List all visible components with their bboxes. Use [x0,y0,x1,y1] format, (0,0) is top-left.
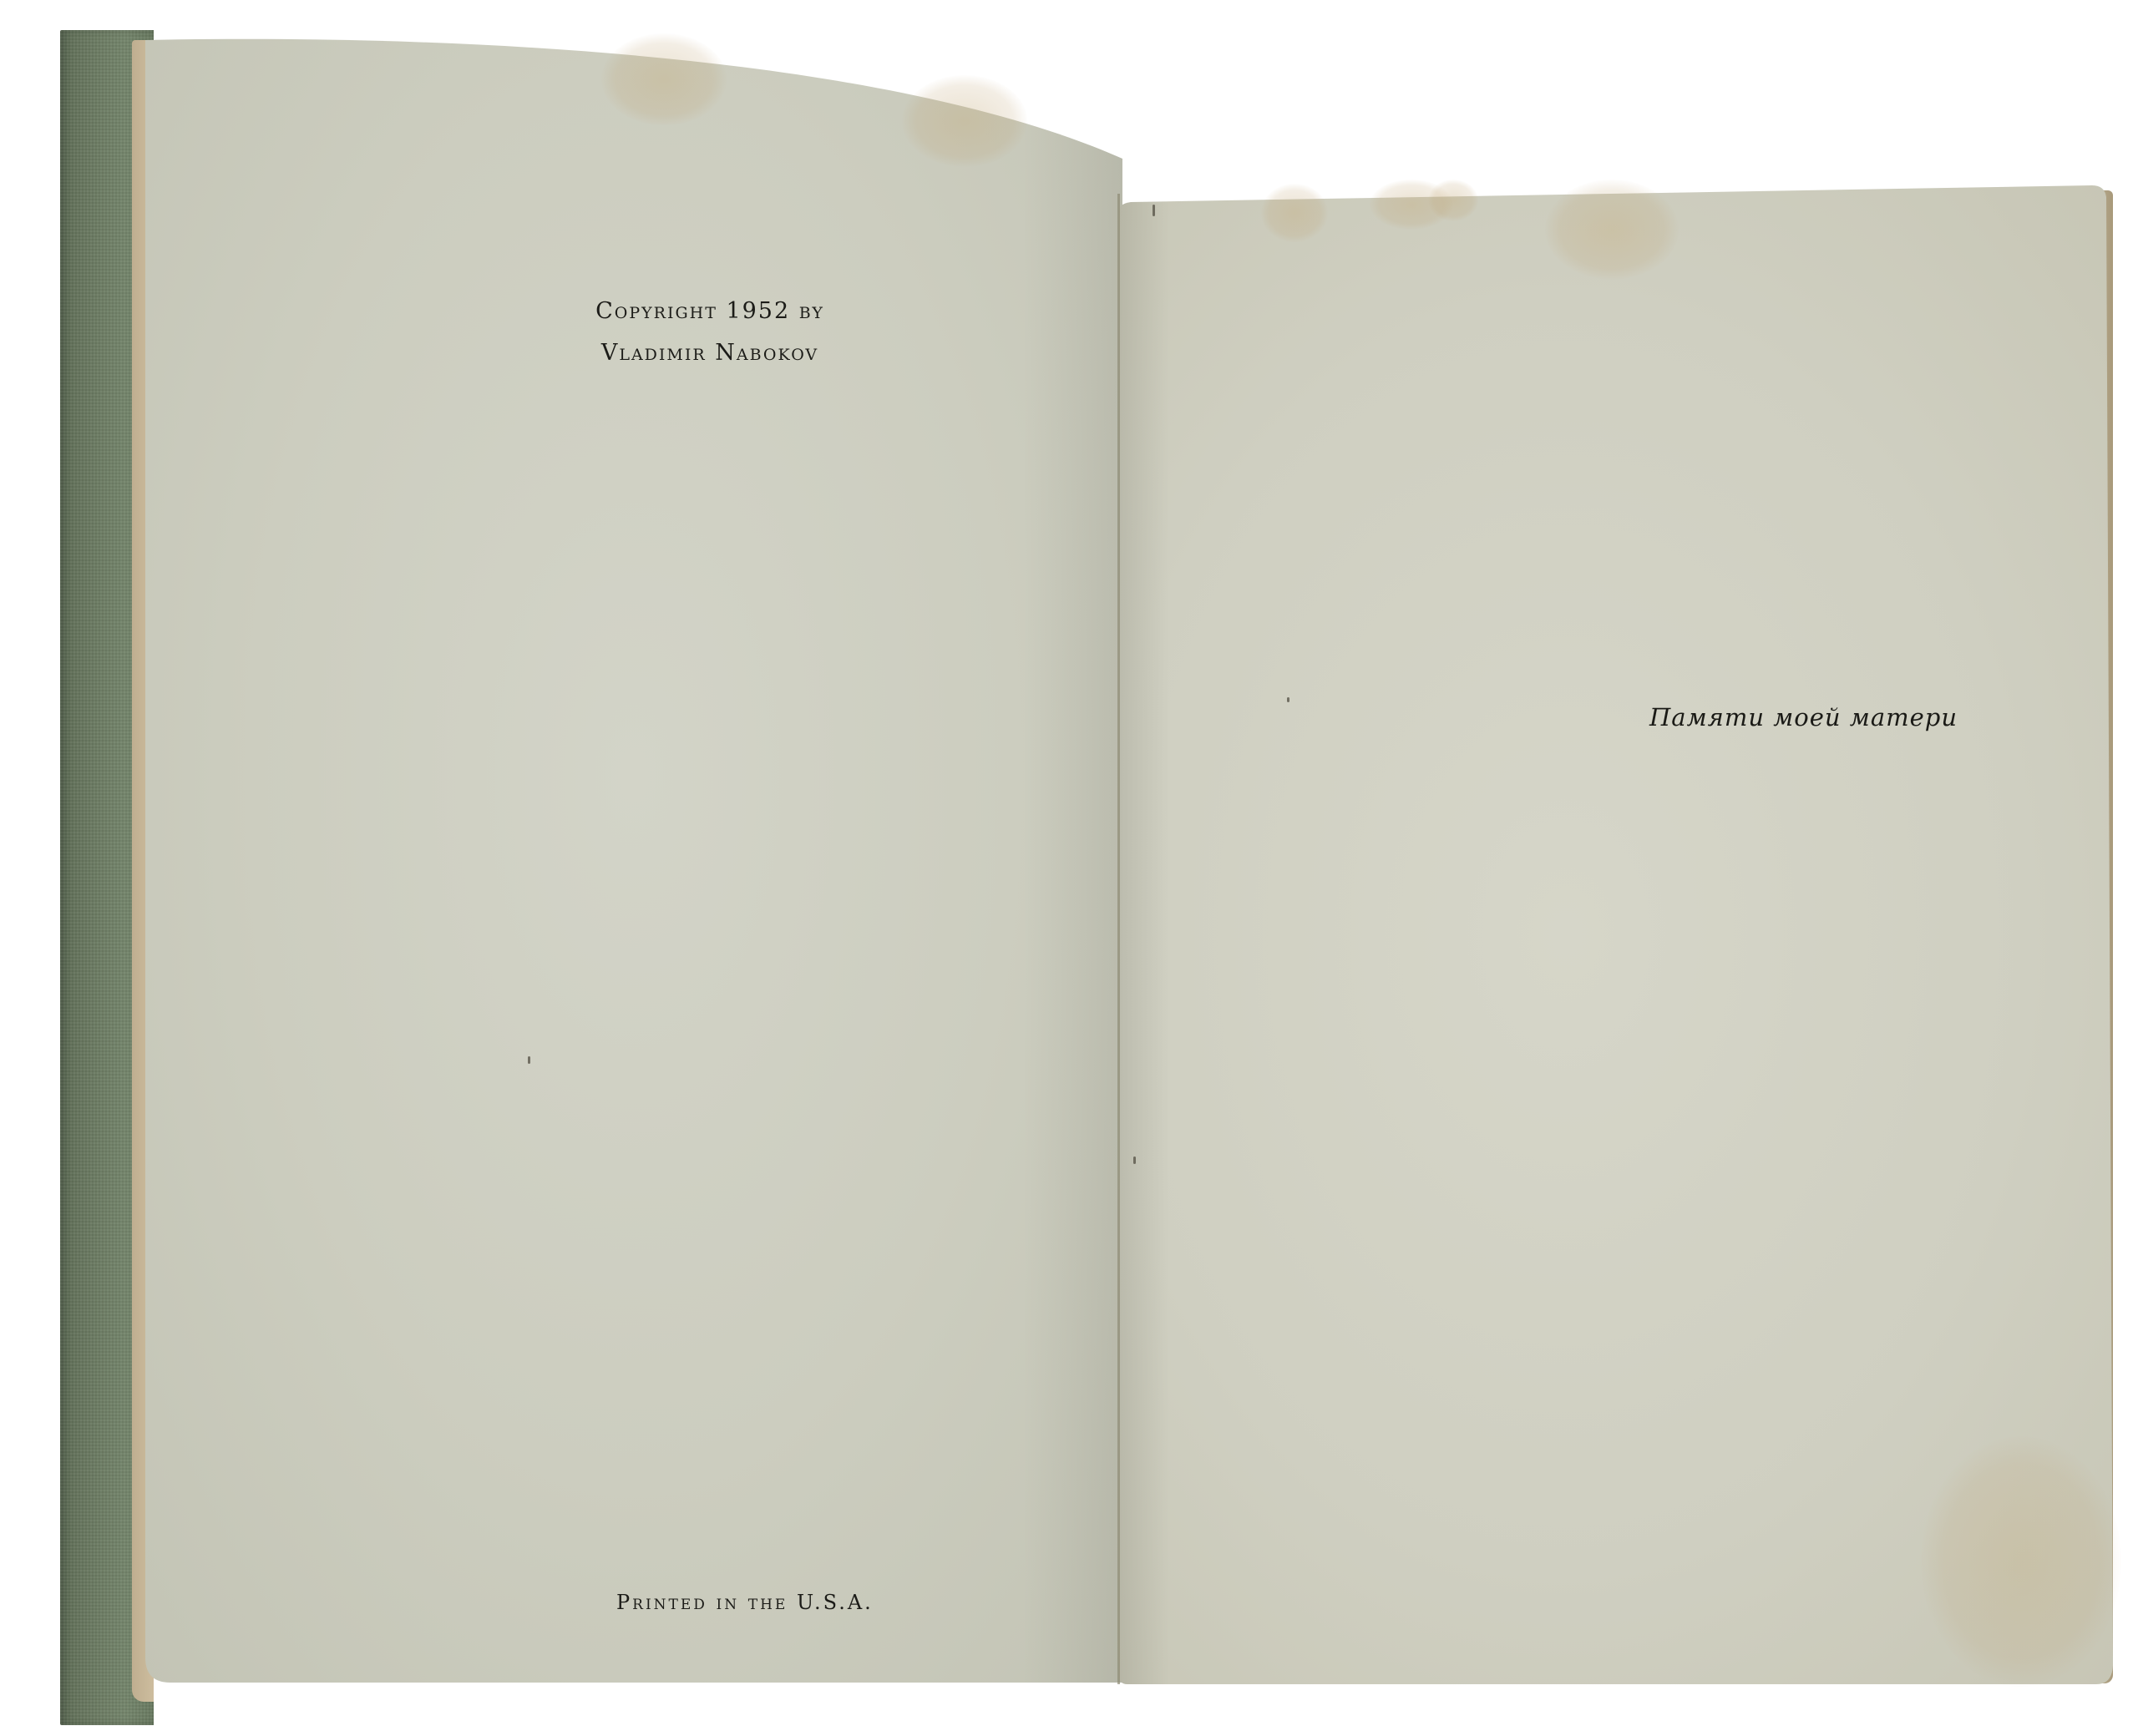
dedication-text: Памяти моей матери [1649,703,1958,731]
stain [1545,180,1679,280]
stain [902,75,1027,167]
speck [1287,697,1289,702]
stain [601,33,727,125]
stain [1921,1436,2121,1687]
speck [1133,1156,1136,1164]
stain [1428,180,1478,221]
left-page [145,33,1122,1683]
speck [528,1056,530,1064]
copyright-line-1: Copyright 1952 by [585,291,835,332]
stain [1261,184,1328,242]
copyright-line-2: Vladimir Nabokov [585,332,835,374]
printed-in-imprint: Printed in the U.S.A. [616,1591,874,1614]
book-photo: Copyright 1952 by Vladimir Nabokov Print… [0,0,2138,1736]
copyright-notice: Copyright 1952 by Vladimir Nabokov [585,291,835,374]
speck [1153,205,1155,216]
gutter [1117,194,1120,1684]
